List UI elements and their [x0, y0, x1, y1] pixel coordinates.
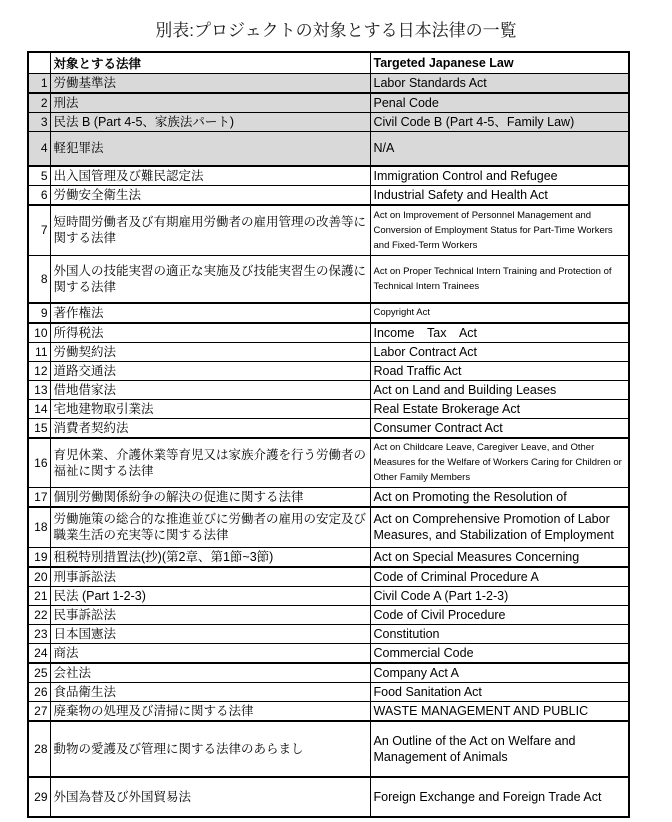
law-name-japanese: 労働基準法 — [50, 74, 370, 94]
row-number: 27 — [28, 701, 50, 721]
law-name-english: Copyright Act — [370, 303, 629, 323]
table-row: 20 刑事訴訟法 Code of Criminal Procedure A — [28, 567, 629, 587]
table-row: 29 外国為替及び外国貿易法 Foreign Exchange and Fore… — [28, 777, 629, 817]
row-number: 15 — [28, 418, 50, 438]
row-number: 17 — [28, 488, 50, 508]
law-name-english: Act on Proper Technical Intern Training … — [370, 256, 629, 303]
table-row: 6 労働安全衛生法 Industrial Safety and Health A… — [28, 185, 629, 205]
law-name-japanese: 宅地建物取引業法 — [50, 399, 370, 418]
law-name-english: Foreign Exchange and Foreign Trade Act — [370, 777, 629, 817]
law-name-english: Industrial Safety and Health Act — [370, 185, 629, 205]
law-name-english: Act on Promoting the Resolution of — [370, 488, 629, 508]
law-name-japanese: 商法 — [50, 643, 370, 663]
law-name-english: Civil Code A (Part 1-2-3) — [370, 586, 629, 605]
row-number: 20 — [28, 567, 50, 587]
law-table-header: 対象とする法律 Targeted Japanese Law — [28, 52, 629, 74]
header-english-law: Targeted Japanese Law — [370, 52, 629, 74]
row-number: 7 — [28, 205, 50, 256]
table-row: 3 民法 B (Part 4-5、家族法パート) Civil Code B (P… — [28, 113, 629, 132]
table-row: 16 育児休業、介護休業等育児又は家族介護を行う労働者の福祉に関する法律 Act… — [28, 438, 629, 488]
law-name-english: An Outline of the Act on Welfare and Man… — [370, 721, 629, 777]
law-name-english: WASTE MANAGEMENT AND PUBLIC — [370, 701, 629, 721]
law-name-english: Labor Standards Act — [370, 74, 629, 94]
law-name-english: Income Tax Act — [370, 323, 629, 343]
row-number: 1 — [28, 74, 50, 94]
row-number: 26 — [28, 682, 50, 701]
law-name-japanese: 短時間労働者及び有期雇用労働者の雇用管理の改善等に関する法律 — [50, 205, 370, 256]
law-name-japanese: 外国為替及び外国貿易法 — [50, 777, 370, 817]
page-title: 別表:プロジェクトの対象とする日本法律の一覧 — [0, 16, 672, 41]
row-number: 13 — [28, 380, 50, 399]
law-table: 対象とする法律 Targeted Japanese Law 1 労働基準法 La… — [27, 51, 630, 818]
table-row: 14 宅地建物取引業法 Real Estate Brokerage Act — [28, 399, 629, 418]
row-number: 14 — [28, 399, 50, 418]
row-number: 23 — [28, 624, 50, 643]
law-name-english: Commercial Code — [370, 643, 629, 663]
law-name-english: Code of Criminal Procedure A — [370, 567, 629, 587]
law-name-english: Act on Comprehensive Promotion of Labor … — [370, 507, 629, 547]
law-name-japanese: 民法 B (Part 4-5、家族法パート) — [50, 113, 370, 132]
row-number: 18 — [28, 507, 50, 547]
law-name-japanese: 個別労働関係紛争の解決の促進に関する法律 — [50, 488, 370, 508]
table-row: 2 刑法 Penal Code — [28, 93, 629, 113]
law-name-english: Penal Code — [370, 93, 629, 113]
law-name-english: Act on Childcare Leave, Caregiver Leave,… — [370, 438, 629, 488]
row-number: 6 — [28, 185, 50, 205]
table-row: 26 食品衛生法 Food Sanitation Act — [28, 682, 629, 701]
law-name-japanese: 刑事訴訟法 — [50, 567, 370, 587]
table-row: 5 出入国管理及び難民認定法 Immigration Control and R… — [28, 166, 629, 186]
law-name-japanese: 民事訴訟法 — [50, 605, 370, 624]
table-row: 27 廃棄物の処理及び清掃に関する法律 WASTE MANAGEMENT AND… — [28, 701, 629, 721]
law-name-japanese: 日本国憲法 — [50, 624, 370, 643]
table-row: 4 軽犯罪法 N/A — [28, 132, 629, 166]
row-number: 4 — [28, 132, 50, 166]
table-row: 28 動物の愛護及び管理に関する法律のあらまし An Outline of th… — [28, 721, 629, 777]
law-name-english: Civil Code B (Part 4-5、Family Law) — [370, 113, 629, 132]
table-row: 7 短時間労働者及び有期雇用労働者の雇用管理の改善等に関する法律 Act on … — [28, 205, 629, 256]
law-name-japanese: 所得税法 — [50, 323, 370, 343]
table-row: 24 商法 Commercial Code — [28, 643, 629, 663]
table-row: 13 借地借家法 Act on Land and Building Leases — [28, 380, 629, 399]
law-name-english: Road Traffic Act — [370, 361, 629, 380]
law-name-japanese: 労働施策の総合的な推進並びに労働者の雇用の安定及び職業生活の充実等に関する法律 — [50, 507, 370, 547]
table-row: 9 著作権法 Copyright Act — [28, 303, 629, 323]
law-name-japanese: 消費者契約法 — [50, 418, 370, 438]
law-name-japanese: 出入国管理及び難民認定法 — [50, 166, 370, 186]
law-name-japanese: 廃棄物の処理及び清掃に関する法律 — [50, 701, 370, 721]
law-name-english: Immigration Control and Refugee — [370, 166, 629, 186]
law-name-english: N/A — [370, 132, 629, 166]
table-row: 12 道路交通法 Road Traffic Act — [28, 361, 629, 380]
table-row: 1 労働基準法 Labor Standards Act — [28, 74, 629, 94]
table-row: 21 民法 (Part 1-2-3) Civil Code A (Part 1-… — [28, 586, 629, 605]
law-name-japanese: 刑法 — [50, 93, 370, 113]
law-name-english: Constitution — [370, 624, 629, 643]
law-name-japanese: 食品衛生法 — [50, 682, 370, 701]
law-name-japanese: 育児休業、介護休業等育児又は家族介護を行う労働者の福祉に関する法律 — [50, 438, 370, 488]
row-number: 9 — [28, 303, 50, 323]
row-number: 5 — [28, 166, 50, 186]
row-number: 21 — [28, 586, 50, 605]
law-name-japanese: 労働契約法 — [50, 342, 370, 361]
law-name-english: Act on Improvement of Personnel Manageme… — [370, 205, 629, 256]
law-name-english: Labor Contract Act — [370, 342, 629, 361]
table-row: 10 所得税法 Income Tax Act — [28, 323, 629, 343]
row-number: 28 — [28, 721, 50, 777]
row-number: 29 — [28, 777, 50, 817]
row-number: 19 — [28, 547, 50, 567]
row-number: 16 — [28, 438, 50, 488]
row-number: 25 — [28, 663, 50, 683]
law-name-japanese: 著作権法 — [50, 303, 370, 323]
table-row: 8 外国人の技能実習の適正な実施及び技能実習生の保護に関する法律 Act on … — [28, 256, 629, 303]
row-number: 22 — [28, 605, 50, 624]
table-row: 23 日本国憲法 Constitution — [28, 624, 629, 643]
table-row: 11 労働契約法 Labor Contract Act — [28, 342, 629, 361]
law-name-english: Act on Land and Building Leases — [370, 380, 629, 399]
law-name-english: Company Act A — [370, 663, 629, 683]
table-row: 18 労働施策の総合的な推進並びに労働者の雇用の安定及び職業生活の充実等に関する… — [28, 507, 629, 547]
header-japanese-law: 対象とする法律 — [50, 52, 370, 74]
law-table-body: 1 労働基準法 Labor Standards Act 2 刑法 Penal C… — [28, 74, 629, 817]
law-name-japanese: 労働安全衛生法 — [50, 185, 370, 205]
law-name-english: Food Sanitation Act — [370, 682, 629, 701]
law-name-english: Real Estate Brokerage Act — [370, 399, 629, 418]
law-name-japanese: 軽犯罪法 — [50, 132, 370, 166]
law-name-japanese: 道路交通法 — [50, 361, 370, 380]
law-name-japanese: 借地借家法 — [50, 380, 370, 399]
table-row: 15 消費者契約法 Consumer Contract Act — [28, 418, 629, 438]
row-number: 11 — [28, 342, 50, 361]
law-name-japanese: 会社法 — [50, 663, 370, 683]
row-number: 8 — [28, 256, 50, 303]
law-name-english: Consumer Contract Act — [370, 418, 629, 438]
row-number: 3 — [28, 113, 50, 132]
law-name-english: Act on Special Measures Concerning — [370, 547, 629, 567]
header-row: 対象とする法律 Targeted Japanese Law — [28, 52, 629, 74]
table-row: 25 会社法 Company Act A — [28, 663, 629, 683]
row-number: 12 — [28, 361, 50, 380]
row-number: 24 — [28, 643, 50, 663]
table-row: 19 租税特別措置法(抄)(第2章、第1節~3節) Act on Special… — [28, 547, 629, 567]
law-name-japanese: 租税特別措置法(抄)(第2章、第1節~3節) — [50, 547, 370, 567]
law-name-japanese: 動物の愛護及び管理に関する法律のあらまし — [50, 721, 370, 777]
table-row: 17 個別労働関係紛争の解決の促進に関する法律 Act on Promoting… — [28, 488, 629, 508]
header-number — [28, 52, 50, 74]
law-name-japanese: 外国人の技能実習の適正な実施及び技能実習生の保護に関する法律 — [50, 256, 370, 303]
row-number: 10 — [28, 323, 50, 343]
row-number: 2 — [28, 93, 50, 113]
law-name-english: Code of Civil Procedure — [370, 605, 629, 624]
law-name-japanese: 民法 (Part 1-2-3) — [50, 586, 370, 605]
table-row: 22 民事訴訟法 Code of Civil Procedure — [28, 605, 629, 624]
